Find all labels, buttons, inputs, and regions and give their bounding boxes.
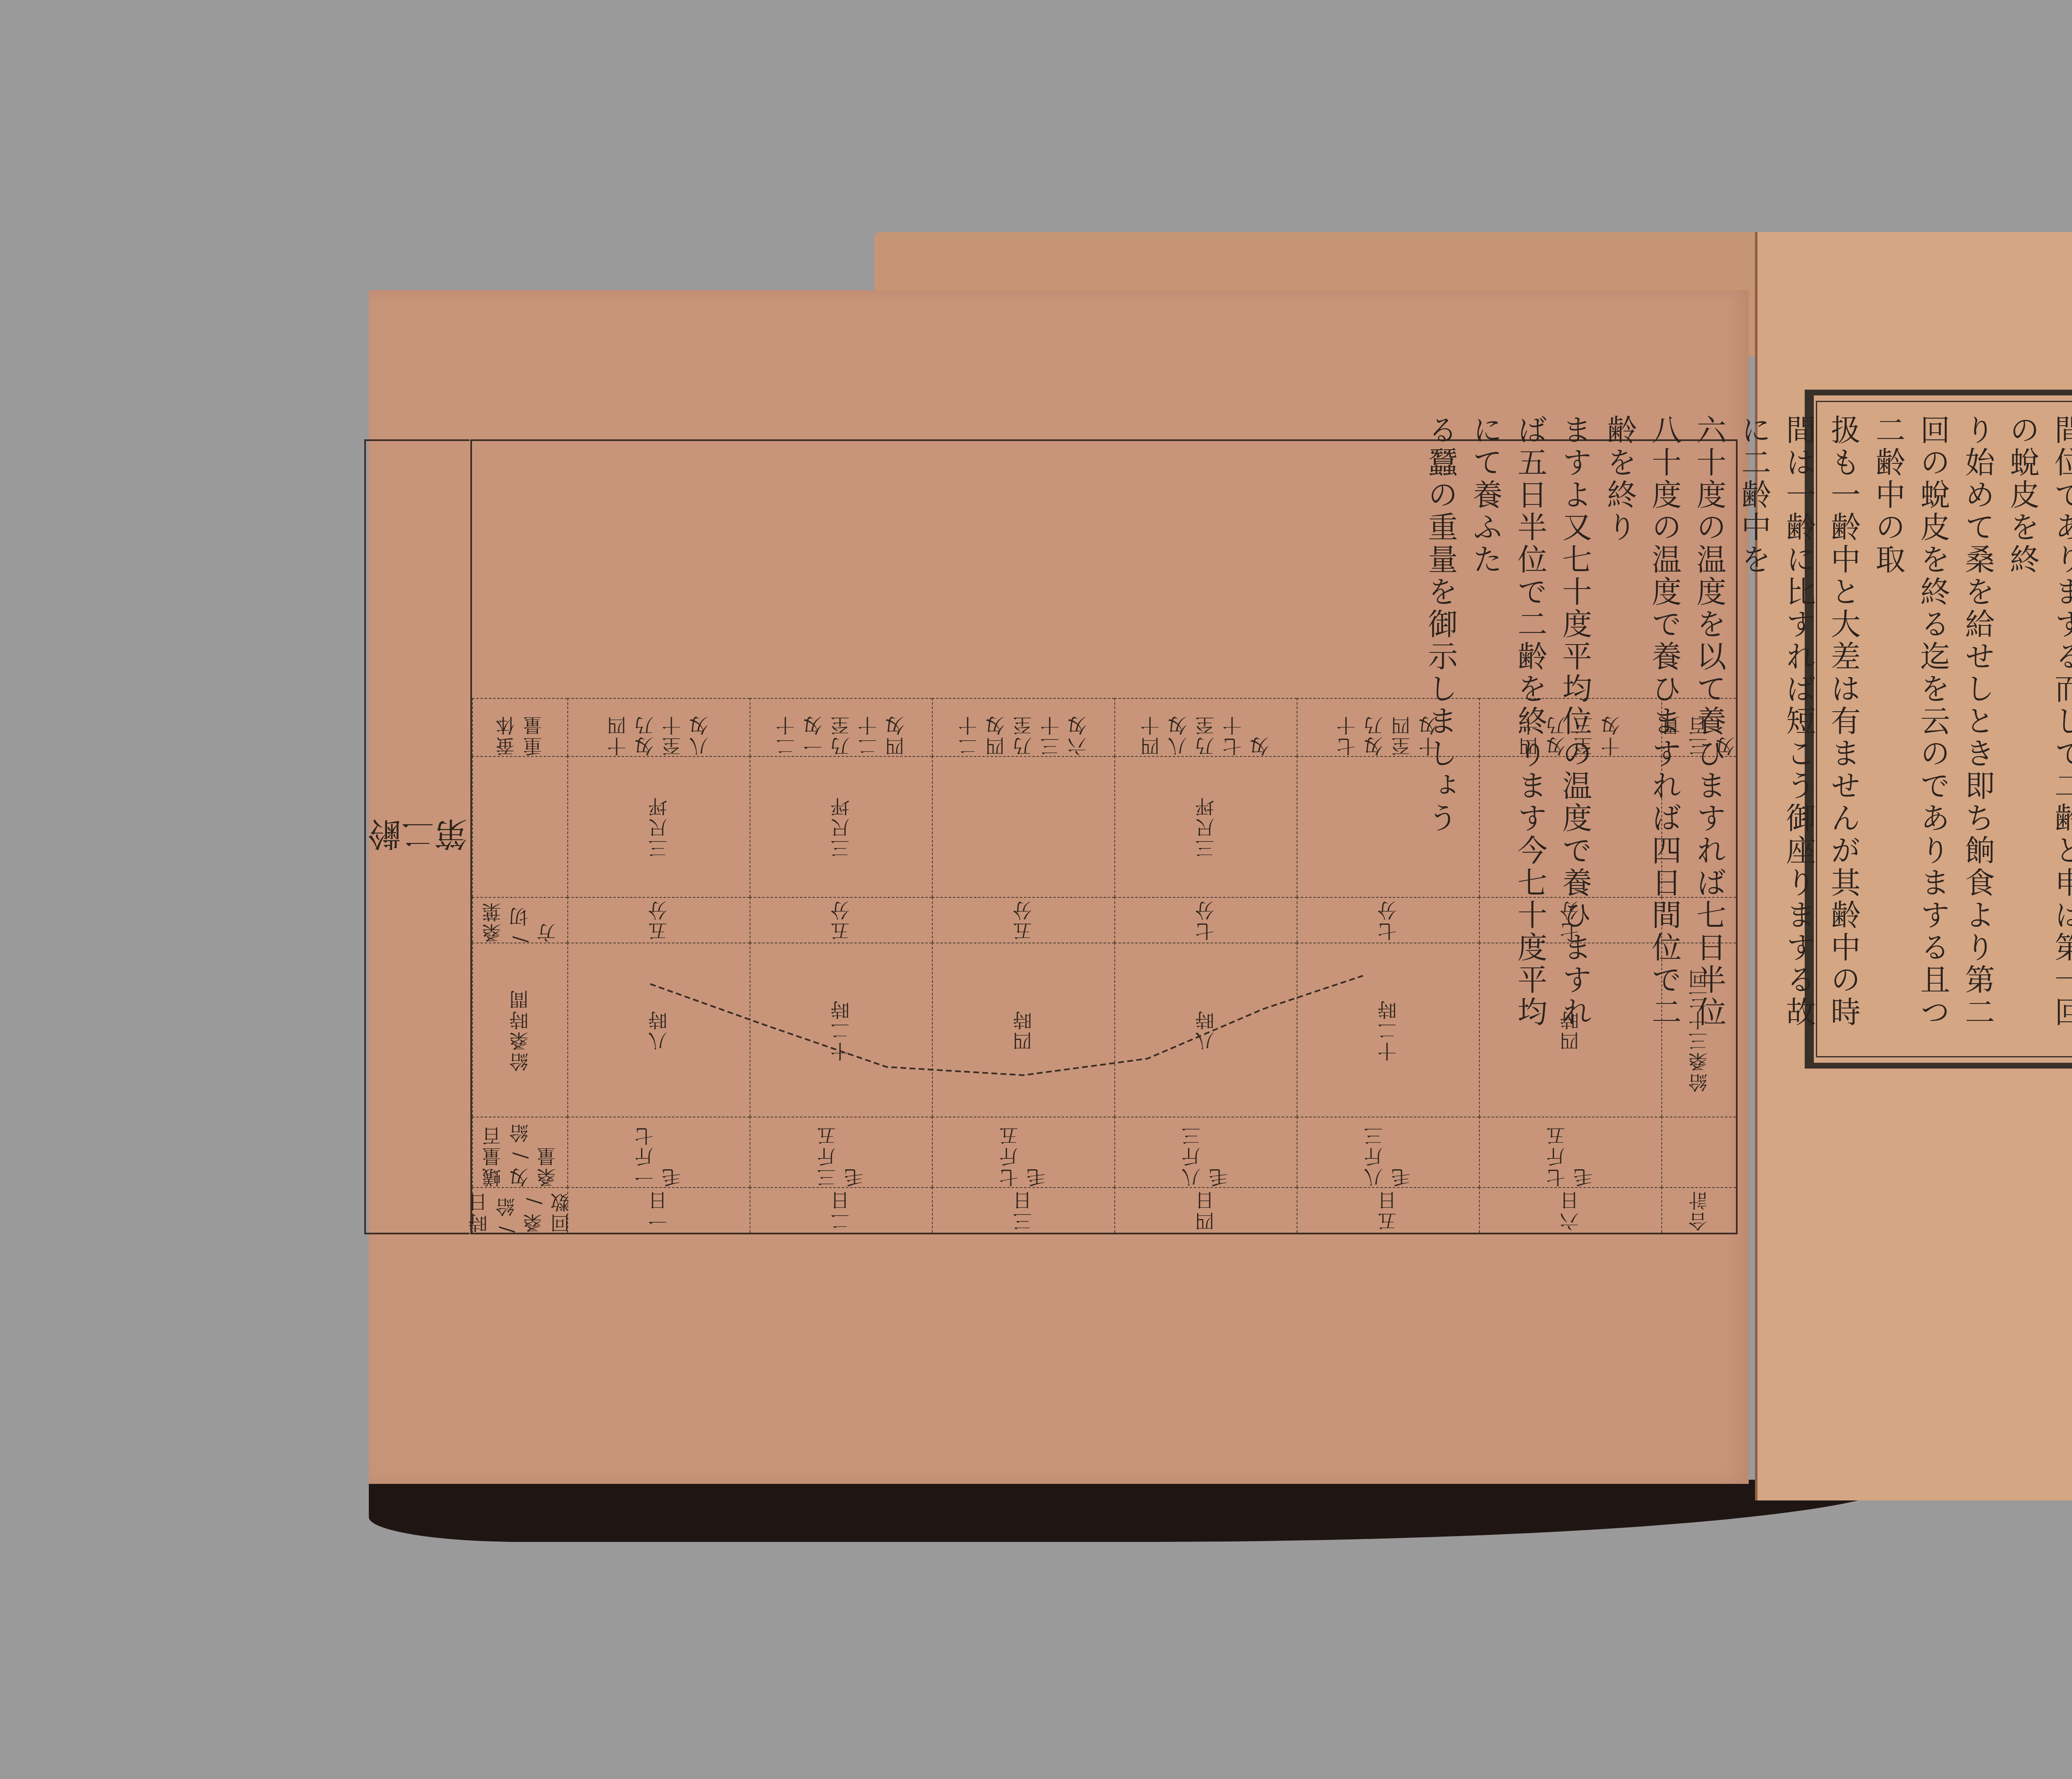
spacing-day-4: 三尺坪 — [1114, 756, 1297, 897]
row-label-silkworm-weight: 蚕体重量 — [472, 698, 567, 756]
header-total: 合計 — [1661, 1187, 1736, 1233]
header-day-4: 四日 — [1114, 1187, 1297, 1233]
header-day-3: 三日 — [932, 1187, 1114, 1233]
schedule-day-2: 十二時 — [750, 943, 932, 1117]
body-text: 六日半絶食即ち桑止め中は一昼夜に十四時間位でありまする而して二齢と申は第一回の蛻… — [1832, 414, 2072, 1045]
total-empty — [1661, 1117, 1736, 1187]
weight-day-1: 十四匁乃至十八匁 — [567, 698, 750, 756]
spacing-day-2: 三尺坪 — [750, 756, 932, 897]
header-day-6: 六日 — [1479, 1187, 1661, 1233]
header-day-5: 五日 — [1297, 1187, 1479, 1233]
feed-day-1: 一斤七毛 — [567, 1117, 750, 1187]
header-day-1: 一日 — [567, 1187, 750, 1233]
schedule-day-4: 八時 — [1114, 943, 1297, 1117]
text-line-5: ますよ又七十度平均位の温度で養ひますれば五日半位で二齢を終ります今七十度平均にて… — [1463, 414, 1597, 1045]
spacing-day-3 — [932, 756, 1114, 897]
text-line-2: り始めて桑を給せしとき即ち餉食より第二回の蛻皮を終る迄を云のでありまする且つ二齢… — [1866, 414, 2000, 1045]
feed-day-5: 八斤三毛 — [1297, 1117, 1479, 1187]
row-label-leaf-cut: 桑葉 / 切方 — [472, 897, 567, 943]
row-label-temperature: 時日 / 給桑 / 回数 — [472, 1187, 567, 1233]
leaf-day-2: 五分 — [750, 897, 932, 943]
weight-day-2: 二十一匁乃至二十四匁 — [750, 698, 932, 756]
header-day-2: 二日 — [750, 1187, 932, 1233]
feed-day-2: 三斤五毛 — [750, 1117, 932, 1187]
feed-day-3: 七斤五毛 — [932, 1117, 1114, 1187]
book-shadow — [369, 1480, 1902, 1542]
feed-day-6: 七斤五毛 — [1479, 1117, 1661, 1187]
leaf-day-4: 七分 — [1114, 897, 1297, 943]
schedule-day-3: 四時 — [932, 943, 1114, 1117]
schedule-day-1: 八時 — [567, 943, 750, 1117]
feed-day-4: 八斤三毛 — [1114, 1117, 1297, 1187]
weight-day-3: 二十四匁乃至三十六匁 — [932, 698, 1114, 756]
leaf-day-1: 五分 — [567, 897, 750, 943]
text-line-4: 六十度の温度を以て養ひますれば七日半位八十度の温度で養ひますれば四日間位で二齢を… — [1597, 414, 1731, 1045]
text-line-3: 扱も一齢中と大差は有ませんが其齢中の時間は一齢に比すれば短こう御座りまする故に二… — [1731, 414, 1866, 1045]
row-label-spacing — [472, 756, 567, 897]
weight-day-4: 四十八匁乃至七十匁 — [1114, 698, 1297, 756]
chart-title: 第二齢 — [364, 439, 470, 1234]
text-line-6: る蠶の重量を御示しましょう — [1418, 414, 1463, 1045]
leaf-day-3: 五分 — [932, 897, 1114, 943]
spacing-day-1: 三尺坪 — [567, 756, 750, 897]
row-label-leaf-weight: 蟻量百匁 / 給桑量 — [472, 1117, 567, 1187]
row-label-schedule: 給桑時間 — [472, 943, 567, 1117]
text-line-1: 六日半絶食即ち桑止め中は一昼夜に十四時間位でありまする而して二齢と申は第一回の蛻… — [2000, 414, 2072, 1045]
